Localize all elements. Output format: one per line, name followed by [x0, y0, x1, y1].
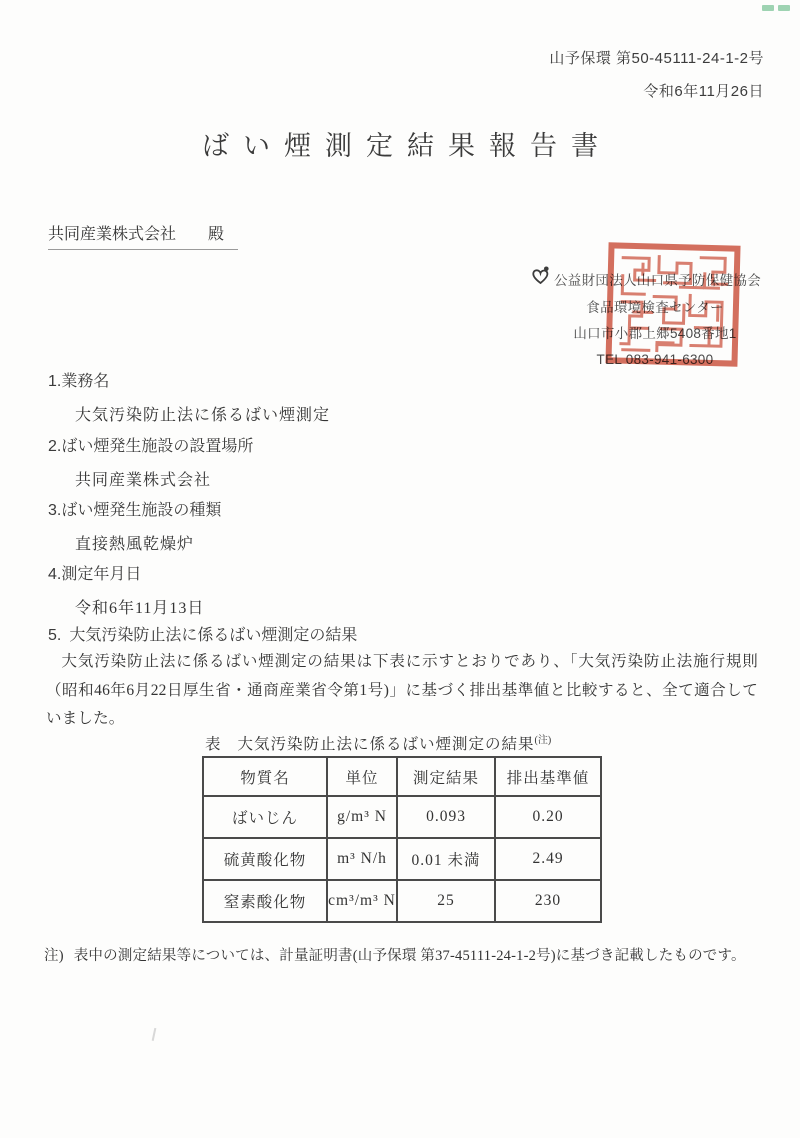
- section-number: 1.: [48, 373, 61, 390]
- cell-unit: cm³/m³ N: [327, 880, 397, 922]
- issuer-org-name: 公益財団法人山口県予防保健協会: [554, 268, 761, 294]
- scan-artifact: [152, 1028, 158, 1041]
- section-number: 2.: [48, 438, 61, 455]
- section-heading-text: 測定年月日: [61, 566, 141, 583]
- section-heading-text: ばい煙発生施設の設置場所: [61, 438, 253, 455]
- section-heading-text: 大気汚染防止法に係るばい煙測定の結果: [69, 627, 357, 644]
- addressee: 共同産業株式会社 殿: [48, 221, 238, 250]
- section-number: 3.: [48, 502, 61, 519]
- section-value: 直接熱風乾燥炉: [75, 531, 221, 554]
- cell-unit: m³ N/h: [327, 838, 397, 880]
- section-heading: 5.大気汚染防止法に係るばい煙測定の結果: [48, 622, 357, 645]
- table-caption: 表大気汚染防止法に係るばい煙測定の結果(注): [205, 731, 551, 754]
- section-heading-text: 業務名: [61, 373, 109, 390]
- cell-result: 0.093: [397, 796, 495, 838]
- section-heading: 1.業務名: [48, 368, 330, 391]
- report-page: 山予保環 第50-45111-24-1-2号 令和6年11月26日 ばい煙測定結…: [0, 0, 800, 1138]
- footnote: 注)表中の測定結果等については、計量証明書(山予保環 第37-45111-24-…: [44, 944, 764, 965]
- section-heading: 2.ばい煙発生施設の設置場所: [48, 433, 253, 456]
- section-value: 共同産業株式会社: [75, 467, 253, 490]
- section-value: 令和6年11月13日: [75, 595, 204, 618]
- page-title: ばい煙測定結果報告書: [0, 124, 800, 163]
- table-header-row: 物質名 単位 測定結果 排出基準値: [203, 757, 601, 796]
- column-header-standard: 排出基準値: [495, 757, 601, 796]
- cell-substance: 窒素酸化物: [203, 880, 327, 922]
- document-header: 山予保環 第50-45111-24-1-2号 令和6年11月26日: [549, 42, 764, 108]
- table-row-sulfur-oxides: 硫黄酸化物 m³ N/h 0.01 未満 2.49: [203, 838, 601, 880]
- cell-result: 0.01 未満: [397, 838, 495, 880]
- issuer-tel: TEL 083-941-6300: [530, 347, 780, 373]
- section-heading-text: ばい煙発生施設の種類: [61, 502, 221, 519]
- cell-substance: ばいじん: [203, 796, 327, 838]
- section-business-name: 1.業務名 大気汚染防止法に係るばい煙測定: [48, 368, 330, 425]
- cell-substance: 硫黄酸化物: [203, 838, 327, 880]
- results-table: 物質名 単位 測定結果 排出基準値 ばいじん g/m³ N 0.093 0.20…: [202, 756, 602, 923]
- column-header-substance: 物質名: [203, 757, 327, 796]
- document-number: 山予保環 第50-45111-24-1-2号: [549, 42, 764, 75]
- document-date: 令和6年11月26日: [549, 75, 764, 108]
- issuer-address: 山口市小郡上郷5408番地1: [530, 321, 780, 347]
- section-measurement-date: 4.測定年月日 令和6年11月13日: [48, 561, 204, 618]
- section-facility-type: 3.ばい煙発生施設の種類 直接熱風乾燥炉: [48, 497, 221, 554]
- scan-corner-mark-icon: [762, 5, 790, 11]
- issuer-org-line: 公益財団法人山口県予防保健協会: [530, 266, 780, 295]
- column-header-result: 測定結果: [397, 757, 495, 796]
- table-row-dust: ばいじん g/m³ N 0.093 0.20: [203, 796, 601, 838]
- association-logo-icon: [530, 266, 552, 295]
- issuer-department: 食品環境検査センター: [530, 295, 780, 321]
- section-heading: 4.測定年月日: [48, 561, 204, 584]
- table-caption-note-ref: (注): [535, 735, 552, 746]
- issuer-block: 公益財団法人山口県予防保健協会 食品環境検査センター 山口市小郡上郷5408番地…: [530, 266, 780, 373]
- cell-result: 25: [397, 880, 495, 922]
- section-value: 大気汚染防止法に係るばい煙測定: [75, 402, 330, 425]
- section-number: 5.: [48, 627, 61, 644]
- cell-standard: 0.20: [495, 796, 601, 838]
- cell-standard: 230: [495, 880, 601, 922]
- cell-unit: g/m³ N: [327, 796, 397, 838]
- table-caption-text: 大気汚染防止法に係るばい煙測定の結果: [238, 736, 535, 753]
- footnote-text: 表中の測定結果等については、計量証明書(山予保環 第37-45111-24-1-…: [74, 948, 746, 964]
- table-row-nitrogen-oxides: 窒素酸化物 cm³/m³ N 25 230: [203, 880, 601, 922]
- footnote-label: 注): [44, 948, 64, 964]
- section-facility-location: 2.ばい煙発生施設の設置場所 共同産業株式会社: [48, 433, 253, 490]
- section-heading: 3.ばい煙発生施設の種類: [48, 497, 221, 520]
- table-caption-prefix: 表: [205, 736, 222, 753]
- result-paragraph: 大気汚染防止法に係るばい煙測定の結果は下表に示すとおりであり、「大気汚染防止法施…: [46, 648, 758, 734]
- column-header-unit: 単位: [327, 757, 397, 796]
- cell-standard: 2.49: [495, 838, 601, 880]
- section-results: 5.大気汚染防止法に係るばい煙測定の結果: [48, 622, 357, 645]
- section-number: 4.: [48, 566, 61, 583]
